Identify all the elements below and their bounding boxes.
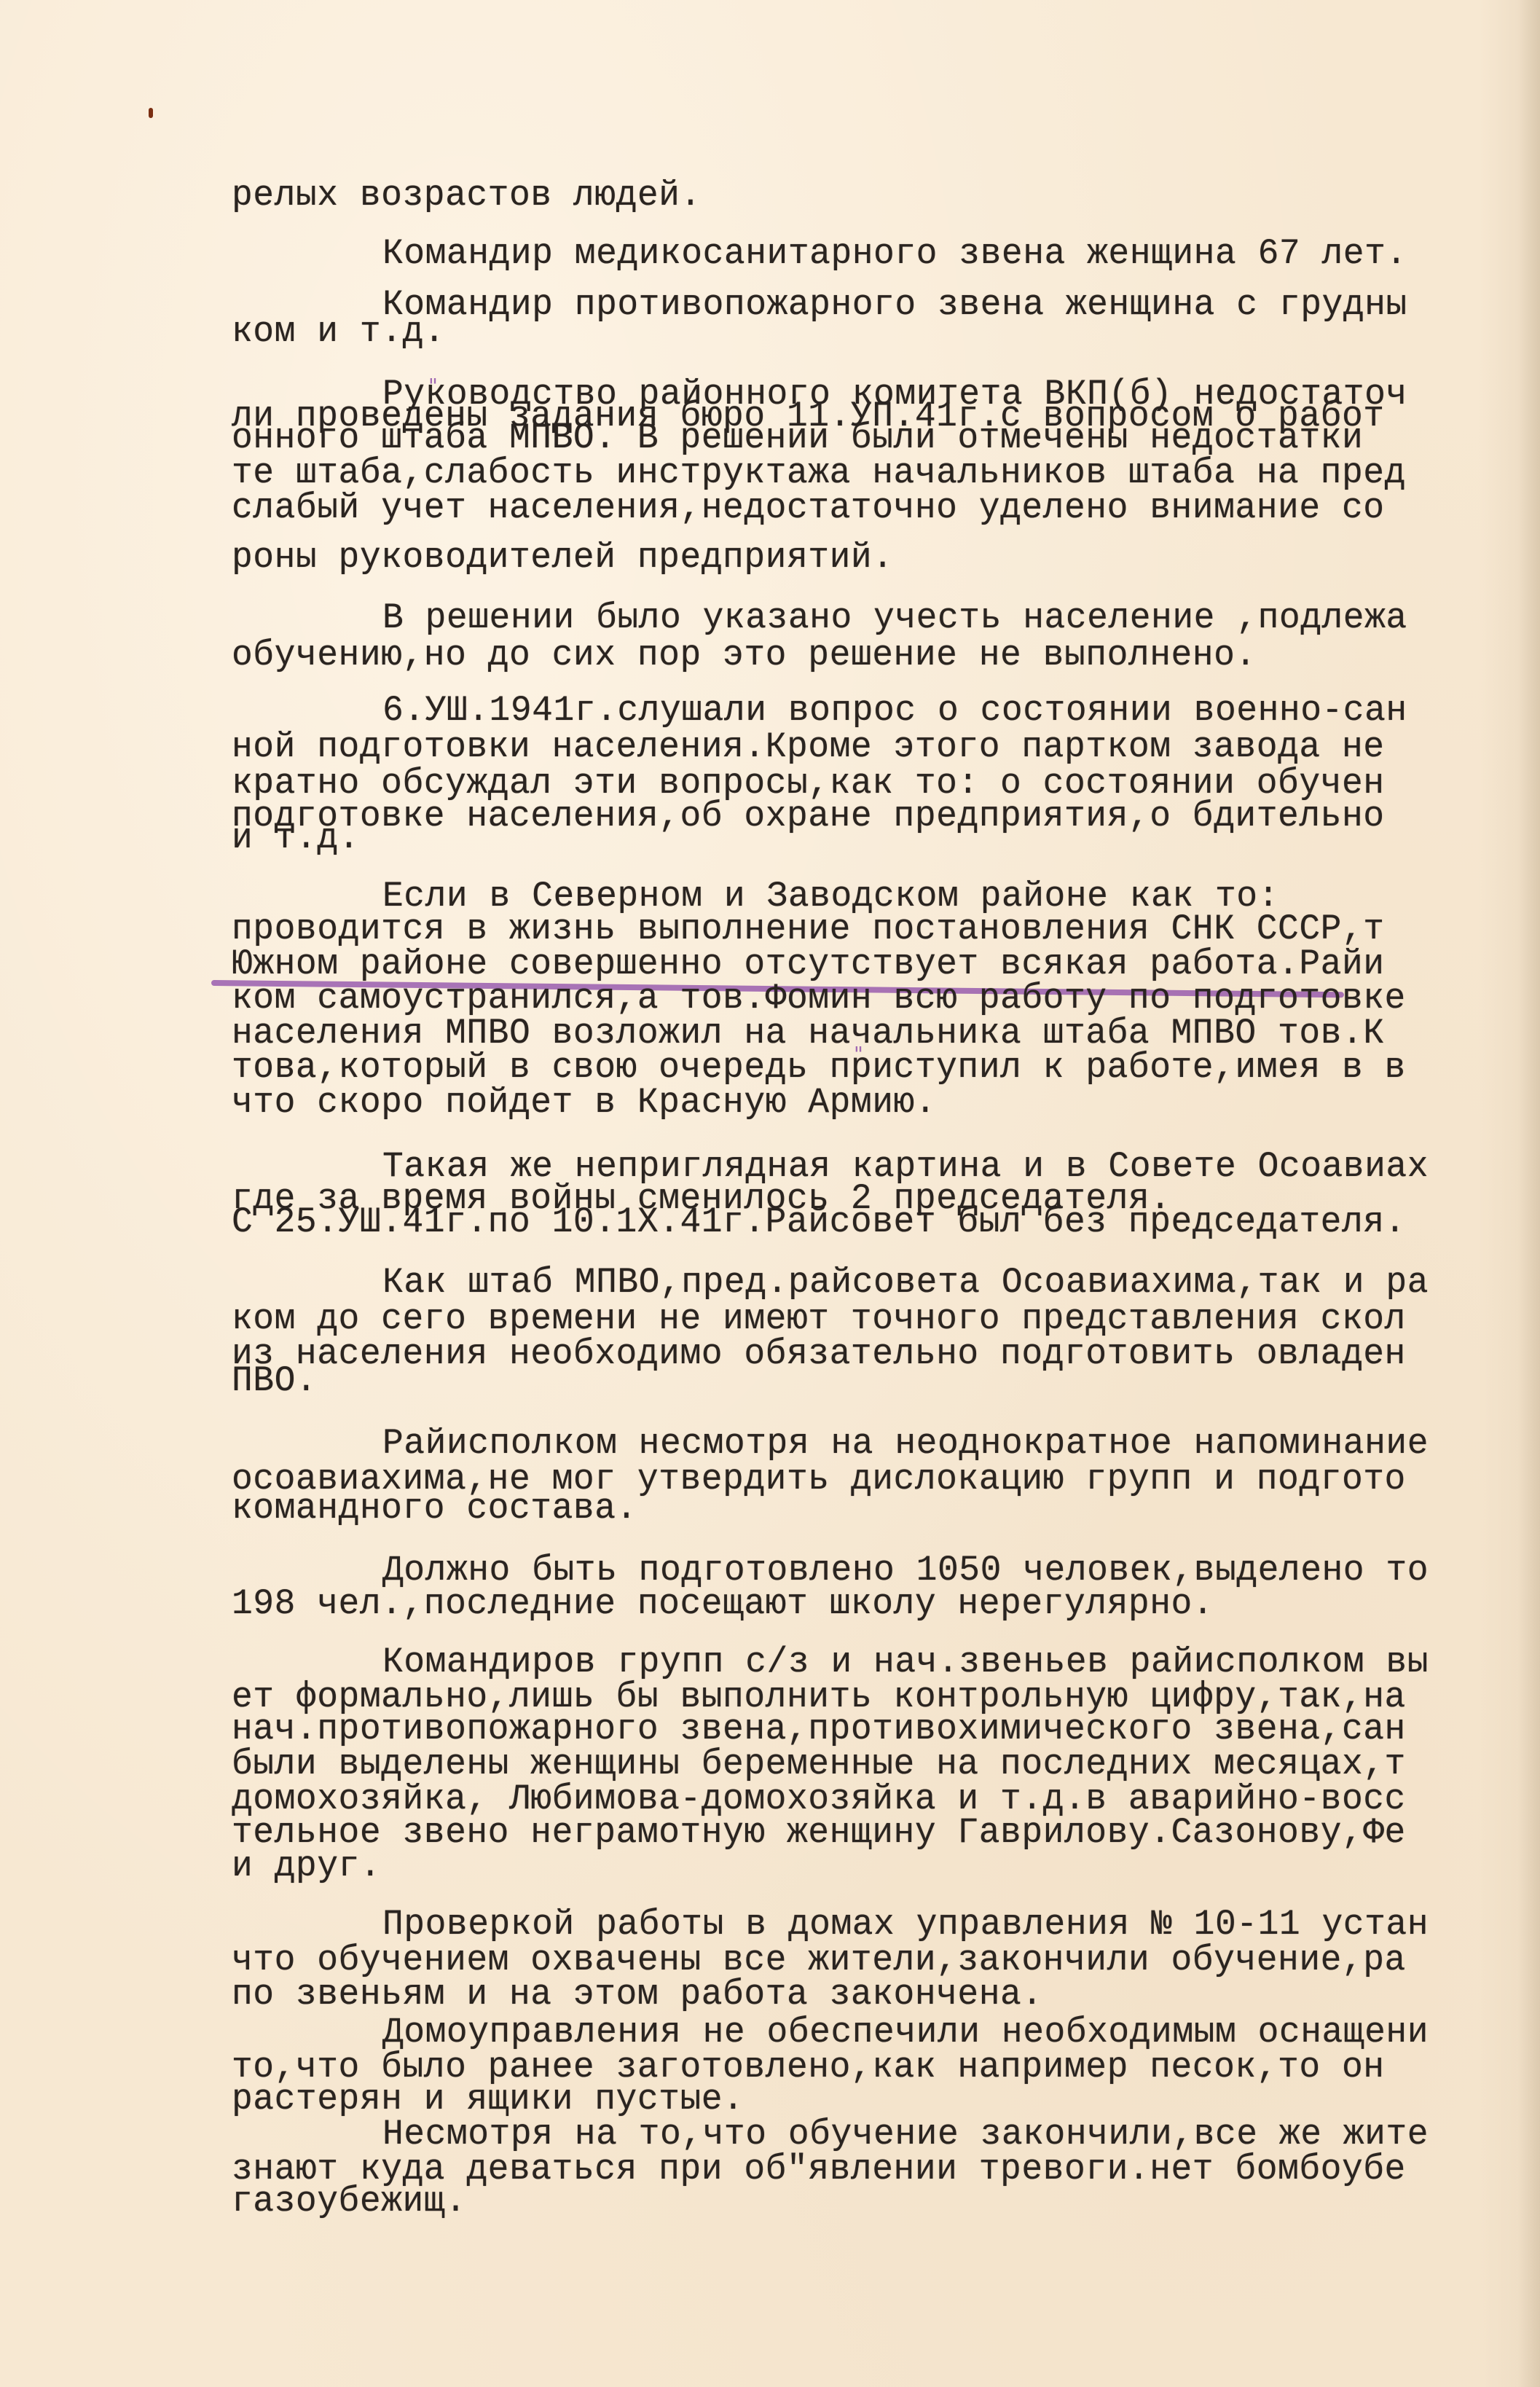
paragraph-group-commanders-line: Командиров групп с/з и нач.звеньев райис… — [382, 1644, 1429, 1680]
paragraph-hq-mpvo-line: ком до сего времени не имеют точного пре… — [232, 1301, 1406, 1337]
paragraph-party-committee-line: слабый учет населения,недостаточно уделе… — [232, 490, 1385, 526]
paragraph-house-check-line: что обучением охвачены все жители,законч… — [232, 1942, 1406, 1978]
paragraph-shelters-line: Несмотря на то,что обучение закончили,вс… — [382, 2116, 1429, 2152]
paragraph-house-management-line: растерян и ящики пустые. — [232, 2081, 744, 2117]
paragraph-districts-line: что скоро пойдет в Красную Армию. — [232, 1084, 936, 1121]
paragraph-hq-mpvo-line: ПВО. — [232, 1363, 317, 1399]
paragraph-raiispolkom-line: командного состава. — [232, 1490, 637, 1526]
paragraph-meeting-6-aug-line: подготовке населения,об охране предприят… — [232, 798, 1385, 834]
paragraph-raiispolkom-line: Райисполком несмотря на неоднократное на… — [382, 1425, 1429, 1462]
paragraph-group-commanders-line: были выделены женщины беременные на посл… — [232, 1746, 1406, 1782]
paragraph-house-check-line: Проверкой работы в домах управления № 10… — [382, 1906, 1429, 1943]
paragraph-meeting-6-aug-line: и т.д. — [232, 820, 360, 856]
paragraph-decision-line: В решении было указано учесть население … — [382, 600, 1407, 636]
paragraph-hq-mpvo-line: Как штаб МПВО,пред.райсовета Осоавиахима… — [382, 1264, 1429, 1301]
paragraph-meeting-6-aug-line: ной подготовки населения.Кроме этого пар… — [232, 729, 1385, 765]
paragraph-hq-mpvo-line: из населения необходимо обязательно подг… — [232, 1336, 1406, 1372]
paragraph-group-commanders-line: и друг. — [232, 1848, 381, 1884]
paragraph-party-committee-line: онного штаба МПВО. В решении были отмече… — [232, 420, 1363, 456]
paragraph-group-commanders-line: нач.противопожарного звена,противохимиче… — [232, 1711, 1406, 1747]
paragraph-group-commanders-line: тельное звено неграмотную женщину Гаврил… — [232, 1814, 1406, 1851]
paragraph-districts-line: Южном районе совершенно отсутствует всяк… — [232, 946, 1385, 982]
paragraph-party-committee-line: роны руководителей предприятий. — [232, 539, 894, 576]
paragraph-districts-line: проводится в жизнь выполнение постановле… — [232, 911, 1385, 947]
page-edge-shadow — [1518, 0, 1540, 2387]
paragraph-decision-line: обучению,но до сих пор это решение не вы… — [232, 637, 1257, 673]
paragraph-house-management-line: Домоуправления не обеспечили необходимым… — [382, 2014, 1429, 2050]
paragraph-fire-commander-line: ком и т.д. — [232, 313, 445, 350]
paragraph-osoaviakhim-line: С 25.УШ.41г.по 10.1Х.41г.Райсовет был бе… — [232, 1204, 1406, 1240]
document-page: " " релых возрастов людей.Командир медик… — [0, 0, 1540, 2387]
paragraph-party-committee-line: те штаба,слабость инструктажа начальнико… — [232, 455, 1406, 491]
paragraph-opening-line: релых возрастов людей. — [232, 177, 702, 213]
paragraph-quota-line: 198 чел.,последние посещают школу нерегу… — [232, 1586, 1214, 1622]
paragraph-fire-commander-line: Командир противопожарного звена женщина … — [382, 286, 1407, 323]
paragraph-meeting-6-aug-line: 6.УШ.1941г.слушали вопрос о состоянии во… — [382, 692, 1407, 729]
paragraph-districts-line: това,который в свою очередь приступил к … — [232, 1049, 1406, 1086]
paper-stain — [149, 108, 153, 118]
paragraph-medic-commander-line: Командир медикосанитарного звена женщина… — [382, 235, 1407, 272]
paragraph-districts-line: ком самоустранился,а тов.Фомин всю работ… — [232, 980, 1406, 1016]
paragraph-districts-line: населения МПВО возложил на начальника шт… — [232, 1015, 1385, 1051]
paragraph-shelters-line: газоубежищ. — [232, 2183, 466, 2219]
paragraph-house-check-line: по звеньям и на этом работа закончена. — [232, 1976, 1043, 2012]
